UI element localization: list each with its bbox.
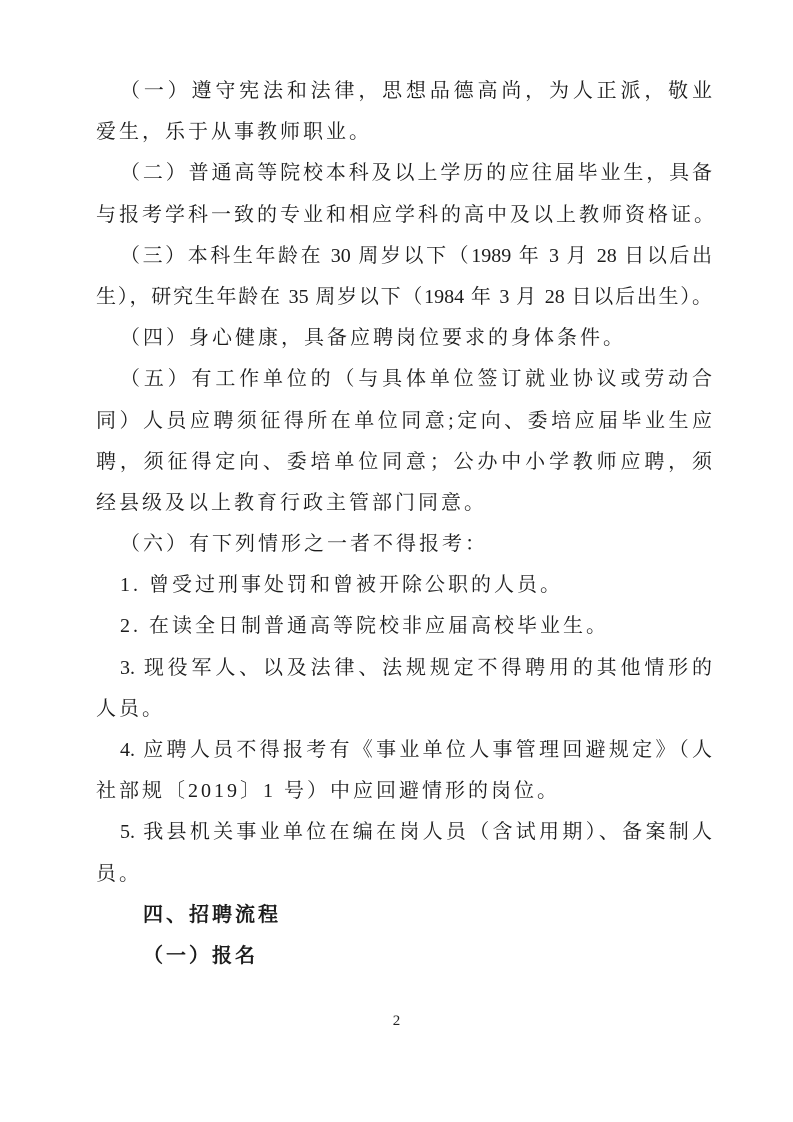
clause-1-line-2: 爱生，乐于从事教师职业。	[96, 112, 712, 153]
item-3-line-1: 3. 现役军人、以及法律、法规规定不得聘用的其他情形的	[96, 648, 712, 689]
item-4-line-2: 社部规〔2019〕1 号）中应回避情形的岗位。	[96, 771, 712, 812]
clause-5-line-3: 聘，须征得定向、委培单位同意；公办中小学教师应聘，须	[96, 442, 712, 483]
item-2-line: 2. 在读全日制普通高等院校非应届高校毕业生。	[96, 606, 712, 647]
clause-2-line-1: （二）普通高等院校本科及以上学历的应往届毕业生，具备	[96, 153, 712, 194]
document-page: （一）遵守宪法和法律，思想品德高尚，为人正派，敬业 爱生，乐于从事教师职业。 （…	[0, 0, 793, 1122]
item-5-line-1: 5. 我县机关事业单位在编在岗人员（含试用期）、备案制人	[96, 812, 712, 853]
clause-2-line-2: 与报考学科一致的专业和相应学科的高中及以上教师资格证。	[96, 195, 712, 236]
item-1-line: 1. 曾受过刑事处罚和曾被开除公职的人员。	[96, 565, 712, 606]
clause-1-line-1: （一）遵守宪法和法律，思想品德高尚，为人正派，敬业	[96, 71, 712, 112]
item-3-line-2: 人员。	[96, 689, 712, 730]
item-5-line-2: 员。	[96, 854, 712, 895]
clause-5-line-4: 经县级及以上教育行政主管部门同意。	[96, 483, 712, 524]
page-number: 2	[0, 1013, 793, 1030]
clause-5-line-2: 同）人员应聘须征得所在单位同意;定向、委培应届毕业生应	[96, 401, 712, 442]
clause-4-line: （四）身心健康，具备应聘岗位要求的身体条件。	[96, 318, 712, 359]
heading-subsection-1-registration: （一）报名	[96, 936, 712, 977]
heading-section-4-recruitment-process: 四、招聘流程	[96, 895, 712, 936]
document-body: （一）遵守宪法和法律，思想品德高尚，为人正派，敬业 爱生，乐于从事教师职业。 （…	[96, 71, 712, 977]
item-4-line-1: 4. 应聘人员不得报考有《事业单位人事管理回避规定》（人	[96, 730, 712, 771]
clause-3-line-1: （三）本科生年龄在 30 周岁以下（1989 年 3 月 28 日以后出	[96, 236, 712, 277]
clause-5-line-1: （五）有工作单位的（与具体单位签订就业协议或劳动合	[96, 359, 712, 400]
clause-6-line: （六）有下列情形之一者不得报考：	[96, 524, 712, 565]
clause-3-line-2: 生），研究生年龄在 35 周岁以下（1984 年 3 月 28 日以后出生）。	[96, 277, 712, 318]
